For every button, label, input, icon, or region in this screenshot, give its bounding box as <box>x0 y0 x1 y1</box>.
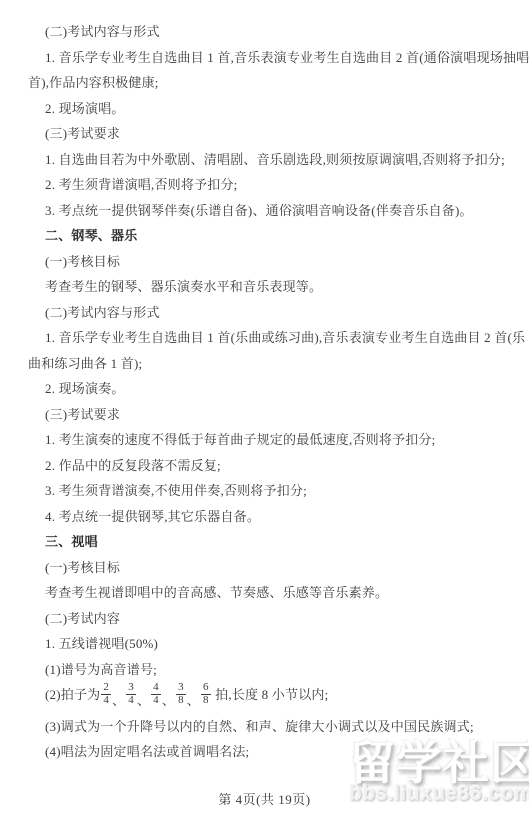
text-line: 3. 考生须背谱演奏,不使用伴奏,否则将予扣分; <box>28 478 519 504</box>
line-text: 、 <box>112 693 125 708</box>
text-line: (三)考试要求 <box>28 402 519 428</box>
text-line: (3)调式为一个升降号以内的自然、和声、旋律大小调式以及中国民族调式; <box>28 714 519 740</box>
section-heading: 二、钢琴、器乐 <box>28 223 519 249</box>
page-number: 第 4页(共 19页) <box>0 789 529 808</box>
text-line: 3. 考点统一提供钢琴伴奏(乐谱自备)、通俗演唱音响设备(伴奏音乐自备)。 <box>28 198 519 224</box>
text-line: 4. 考点统一提供钢琴,其它乐器自备。 <box>28 504 519 530</box>
time-signature-fraction: 38 <box>176 682 186 707</box>
text-line: (1)谱号为高音谱号; <box>28 657 519 683</box>
text-line: 2. 作品中的反复段落不需反复; <box>28 453 519 479</box>
document-page: (二)考试内容与形式1. 音乐学专业考生自选曲目 1 首,音乐表演专业考生自选曲… <box>0 0 529 814</box>
text-line: 首),作品内容积极健康; <box>28 70 519 96</box>
text-line: 2. 考生须背谱演唱,否则将予扣分; <box>28 172 519 198</box>
text-line: 2. 现场演奏。 <box>28 376 519 402</box>
time-signature-fraction: 34 <box>126 682 136 707</box>
text-line: 1. 音乐学专业考生自选曲目 1 首(乐曲或练习曲),音乐表演专业考生自选曲目 … <box>28 325 519 351</box>
document-body: (二)考试内容与形式1. 音乐学专业考生自选曲目 1 首,音乐表演专业考生自选曲… <box>28 19 519 765</box>
time-signature-fraction: 68 <box>201 682 211 707</box>
text-line: (二)考试内容与形式 <box>28 300 519 326</box>
text-line: 1. 音乐学专业考生自选曲目 1 首,音乐表演专业考生自选曲目 2 首(通俗演唱… <box>28 45 519 71</box>
text-line: 曲和练习曲各 1 首); <box>28 351 519 377</box>
text-line: 1. 自选曲目若为中外歌剧、清唱剧、音乐剧选段,则须按原调演唱,否则将予扣分; <box>28 147 519 173</box>
text-line: (二)考试内容与形式 <box>28 19 519 45</box>
text-line: 考查考生的钢琴、器乐演奏水平和音乐表现等。 <box>28 274 519 300</box>
line-text: 、 <box>187 693 200 708</box>
text-line: 2. 现场演唱。 <box>28 96 519 122</box>
text-line: 1. 考生演奏的速度不得低于每首曲子规定的最低速度,否则将予扣分; <box>28 427 519 453</box>
text-line: 考查考生视谱即唱中的音高感、节奏感、乐感等音乐素养。 <box>28 580 519 606</box>
text-line: (二)考试内容 <box>28 606 519 632</box>
line-text: 、 <box>162 693 175 708</box>
text-line: (三)考试要求 <box>28 121 519 147</box>
text-line: 1. 五线谱视唱(50%) <box>28 631 519 657</box>
fraction-denominator: 4 <box>126 695 136 707</box>
fraction-denominator: 4 <box>151 695 161 707</box>
text-line: (2)拍子为24、34、44、38、68 拍,长度 8 小节以内; <box>28 682 519 714</box>
fraction-denominator: 8 <box>201 695 211 707</box>
time-signature-fraction: 44 <box>151 682 161 707</box>
line-text: (2)拍子为 <box>45 687 100 702</box>
text-line: (4)唱法为固定唱名法或首调唱名法; <box>28 739 519 765</box>
line-text: 、 <box>137 693 150 708</box>
fraction-denominator: 8 <box>176 695 186 707</box>
text-line: (一)考核目标 <box>28 555 519 581</box>
line-text: 拍,长度 8 小节以内; <box>212 687 329 702</box>
section-heading: 三、视唱 <box>28 529 519 555</box>
fraction-denominator: 4 <box>101 695 111 707</box>
text-line: (一)考核目标 <box>28 249 519 275</box>
time-signature-fraction: 24 <box>101 682 111 707</box>
